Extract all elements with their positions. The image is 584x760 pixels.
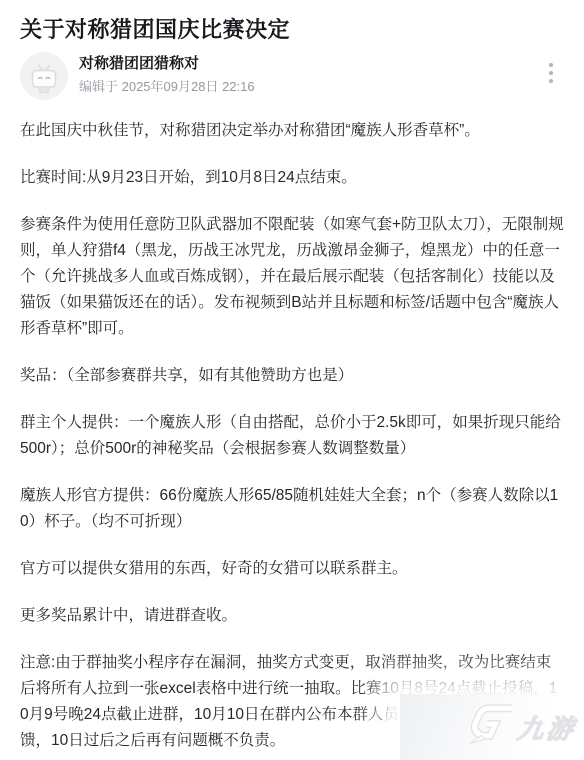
watermark-text: 九游 bbox=[515, 709, 578, 746]
author-name[interactable]: 对称猎团团猎称对 bbox=[79, 54, 538, 74]
paragraph: 群主个人提供：一个魔族人形（自由搭配，总价小于2.5k即可，如果折现只能给500… bbox=[20, 410, 564, 462]
watermark-inner: 九游 bbox=[467, 707, 579, 747]
author-info: 对称猎团团猎称对 编辑于 2025年09月28日 22:16 bbox=[79, 52, 538, 95]
paragraph: 官方可以提供女猎用的东西，好奇的女猎可以联系群主。 bbox=[20, 556, 564, 582]
author-row: 对称猎团团猎称对 编辑于 2025年09月28日 22:16 bbox=[20, 52, 564, 100]
post-title: 关于对称猎团国庆比赛决定 bbox=[20, 16, 564, 44]
paragraph: 参赛条件为使用任意防卫队武器加不限配装（如寒气套+防卫队太刀），无限制规则，单人… bbox=[20, 212, 564, 342]
paragraph: 奖品：（全部参赛群共享，如有其他赞助方也是） bbox=[20, 363, 564, 389]
watermark-9game: 九游 bbox=[400, 694, 584, 760]
kebab-menu-icon bbox=[549, 59, 553, 88]
avatar[interactable] bbox=[20, 52, 68, 100]
9game-logo-icon bbox=[467, 701, 517, 747]
post-page: 关于对称猎团国庆比赛决定 对称猎团团猎称对 编辑于 2025年09月28日 22… bbox=[0, 0, 584, 754]
paragraph: 魔族人形官方提供：66份魔族人形65/85随机娃娃大全套；n个（参赛人数除以10… bbox=[20, 483, 564, 535]
post-content: 在此国庆中秋佳节，对称猎团决定举办对称猎团“魔族人形香草杯”。比赛时间:从9月2… bbox=[20, 118, 564, 629]
paragraph: 比赛时间:从9月23日开始，到10月8日24点结束。 bbox=[20, 165, 564, 191]
paragraph: 更多奖品累计中，请进群查收。 bbox=[20, 603, 564, 629]
paragraph: 在此国庆中秋佳节，对称猎团决定举办对称猎团“魔族人形香草杯”。 bbox=[20, 118, 564, 144]
bilibili-tv-icon bbox=[20, 52, 68, 100]
more-options-button[interactable] bbox=[538, 58, 564, 88]
edit-timestamp: 编辑于 2025年09月28日 22:16 bbox=[79, 79, 538, 95]
